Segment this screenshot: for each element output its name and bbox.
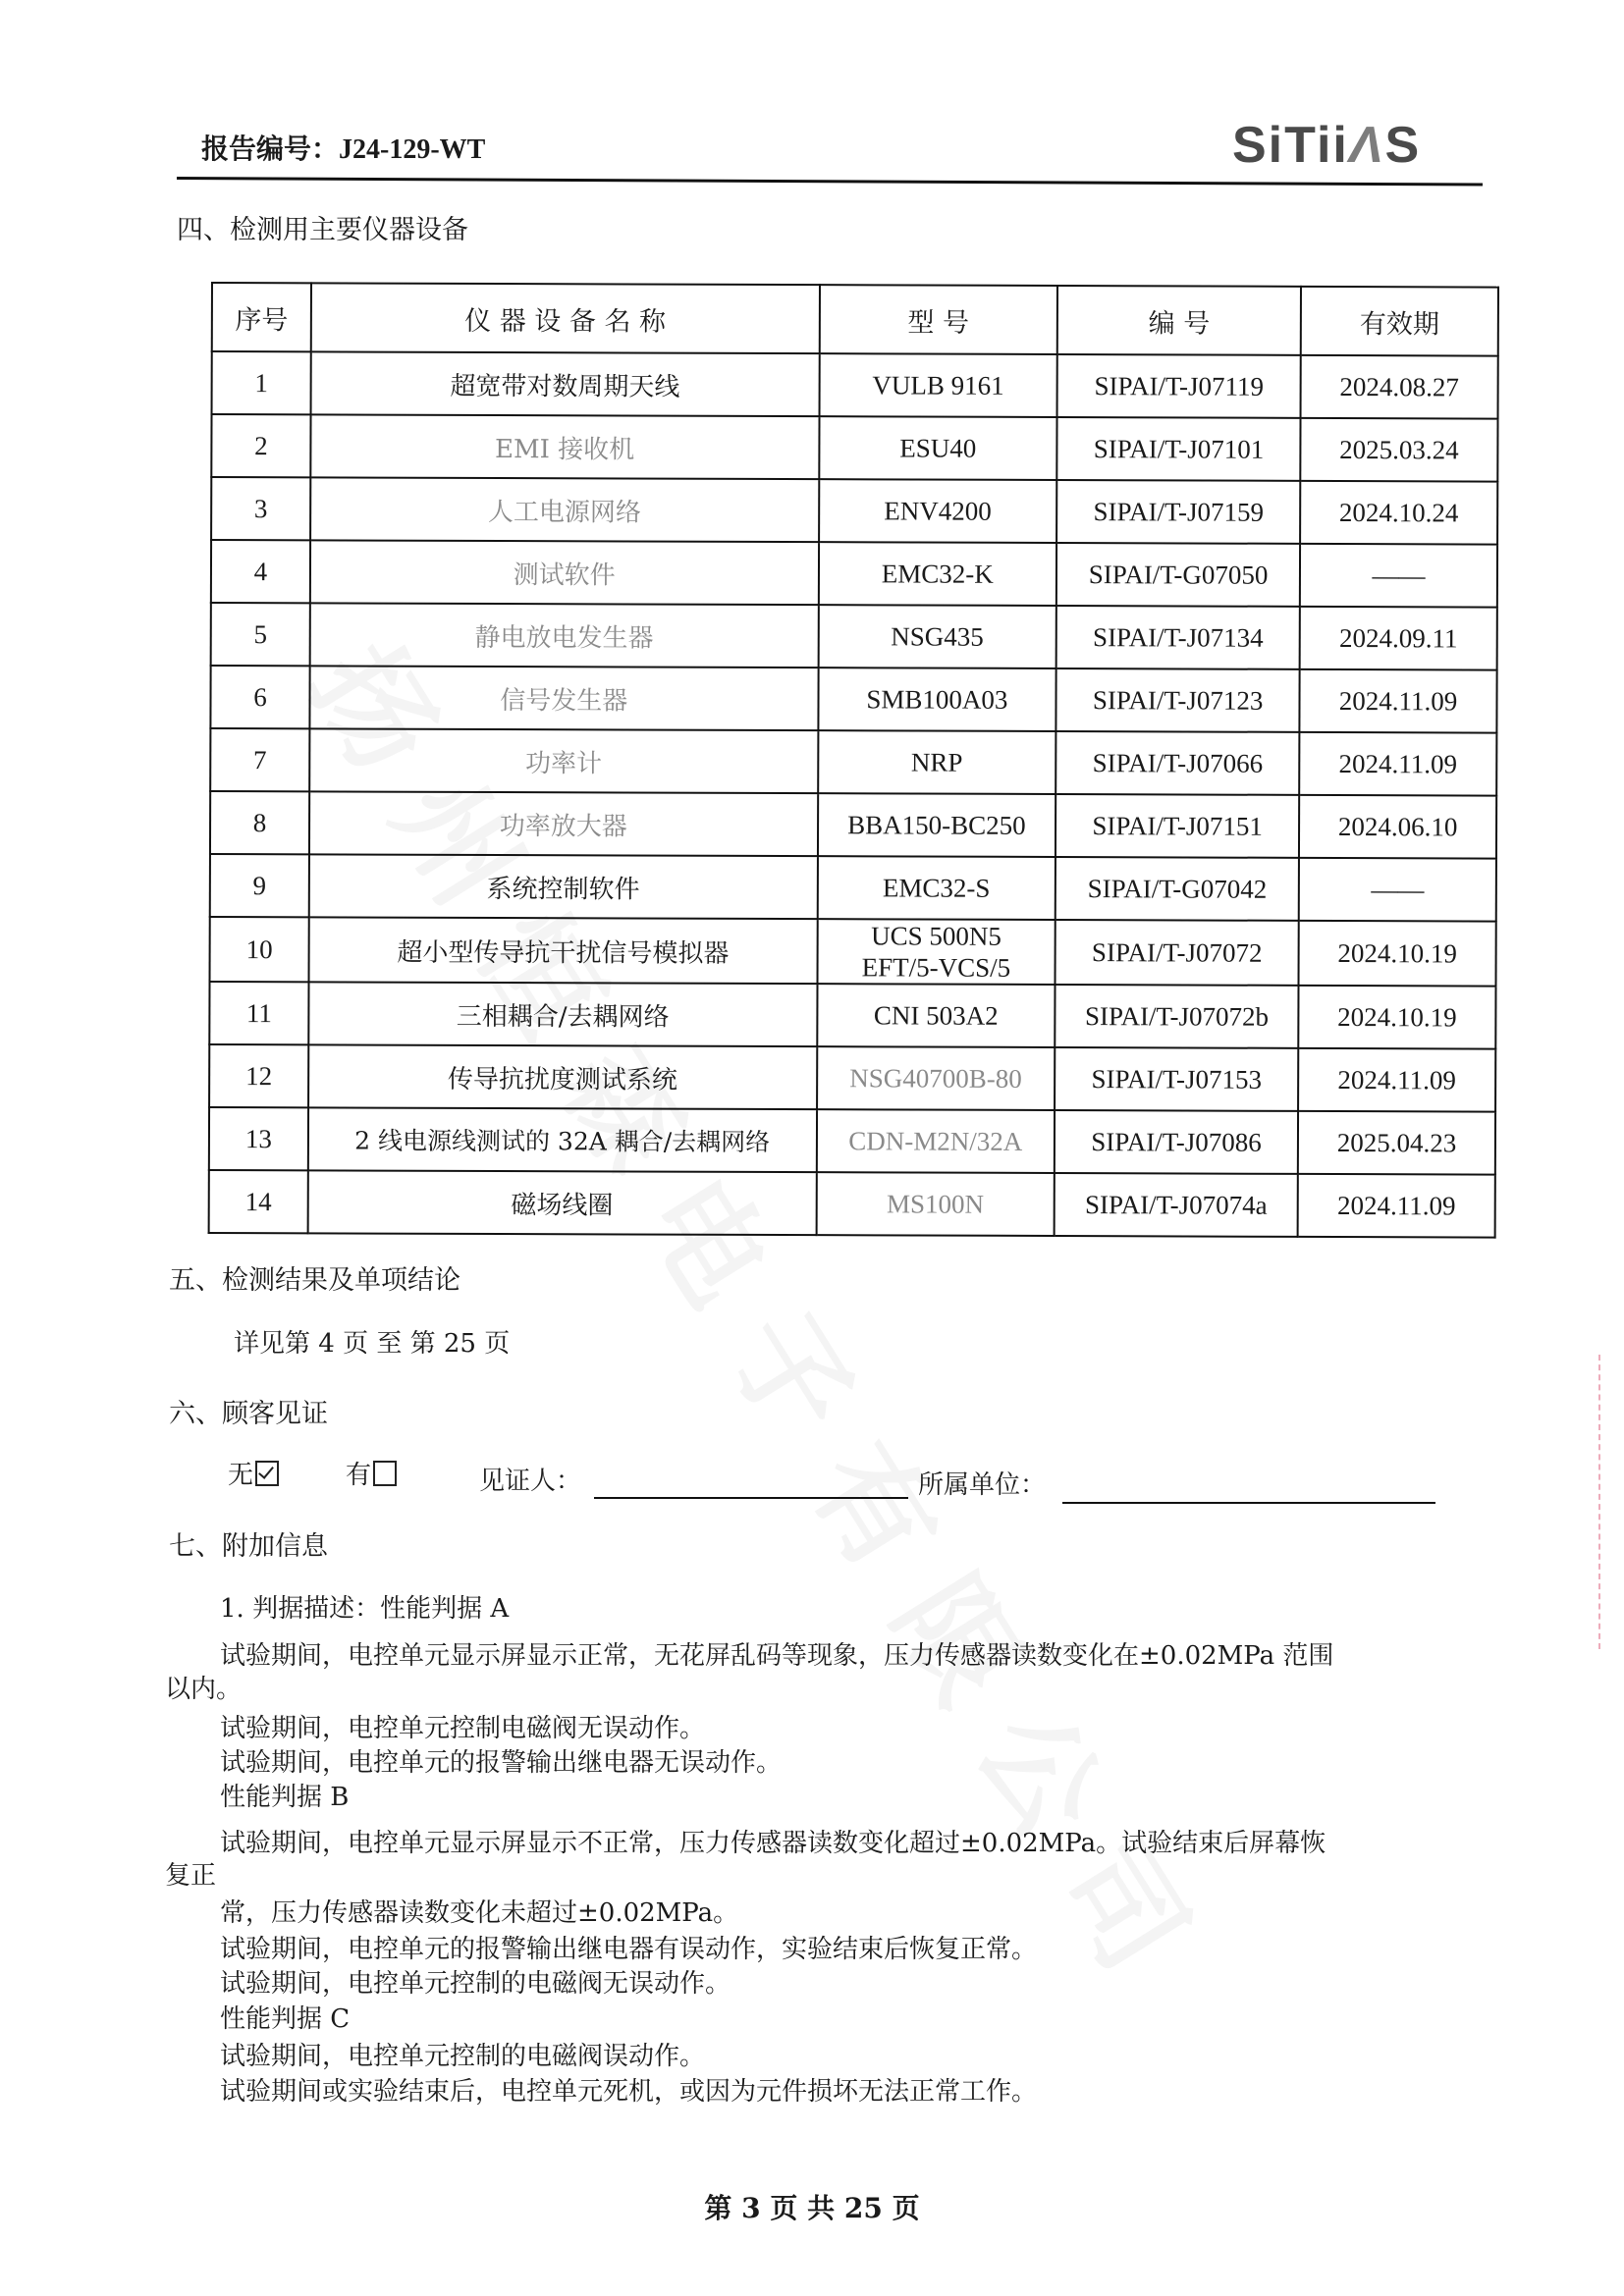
cell-model: ENV4200 [819, 479, 1057, 543]
cell-model: BBA150-BC250 [817, 793, 1056, 857]
cell-code: SIPAI/T-J07086 [1055, 1110, 1298, 1174]
cell-model: NSG435 [818, 605, 1056, 668]
cell-valid: 2024.11.09 [1298, 1048, 1495, 1112]
table-row: 4 测试软件 EMC32-K SIPAI/T-G07050 —— [211, 540, 1497, 608]
cell-code: SIPAI/T-J07151 [1056, 794, 1299, 858]
cell-name: 传导抗扰度测试系统 [308, 1044, 817, 1109]
cell-name: 功率计 [309, 728, 818, 793]
criteria-b-heading: 性能判据 B [220, 1777, 349, 1813]
cell-index: 5 [211, 603, 310, 666]
cell-valid: 2025.03.24 [1300, 418, 1497, 482]
cell-valid: —— [1300, 544, 1497, 608]
cell-name: 超小型传导抗干扰信号模拟器 [308, 917, 817, 984]
table-row: 3 人工电源网络 ENV4200 SIPAI/T-J07159 2024.10.… [211, 477, 1497, 545]
criteria-b-line: 常，压力传感器读数变化未超过±0.02MPa。 [220, 1893, 738, 1929]
cell-name: 三相耦合/去耦网络 [308, 982, 817, 1046]
cell-model: VULB 9161 [819, 353, 1057, 417]
cell-name: 信号发生器 [309, 666, 818, 730]
table-row: 8 功率放大器 BBA150-BC250 SIPAI/T-J07151 2024… [210, 791, 1496, 859]
cell-model: EMC32-S [817, 856, 1056, 920]
witness-name-label: 见证人： [479, 1461, 581, 1497]
table-row: 2 EMI 接收机 ESU40 SIPAI/T-J07101 2025.03.2… [211, 414, 1497, 482]
cell-valid: 2024.10.19 [1298, 986, 1495, 1049]
cell-valid: 2024.09.11 [1300, 607, 1497, 670]
cell-name: 超宽带对数周期天线 [311, 351, 820, 416]
cell-model-line2: EFT/5-VCS/5 [818, 951, 1055, 984]
cell-code: SIPAI/T-J07072b [1055, 985, 1298, 1048]
cell-valid: 2024.08.27 [1301, 355, 1498, 419]
cell-model: SMB100A03 [818, 667, 1056, 731]
table-row: 6 信号发生器 SMB100A03 SIPAI/T-J07123 2024.11… [210, 666, 1496, 733]
criteria-b-line: 试验期间，电控单元显示屏显示不正常，压力传感器读数变化超过±0.02MPa。试验… [220, 1823, 1326, 1859]
cell-valid: 2024.11.09 [1298, 1174, 1495, 1238]
criteria-b-line: 复正 [165, 1855, 216, 1892]
criteria-b-line: 试验期间，电控单元的报警输出继电器有误动作，实验结束后恢复正常。 [220, 1929, 1037, 1965]
cell-code: SIPAI/T-G07042 [1056, 857, 1299, 921]
table-row: 12 传导抗扰度测试系统 NSG40700B-80 SIPAI/T-J07153… [209, 1044, 1495, 1112]
cell-valid: 2024.11.09 [1299, 669, 1496, 733]
table-header-row: 序号 仪 器 设 备 名 称 型 号 编 号 有效期 [212, 283, 1498, 356]
cell-index: 1 [212, 351, 311, 414]
table-row: 11 三相耦合/去耦网络 CNI 503A2 SIPAI/T-J07072b 2… [209, 982, 1495, 1049]
header-code: 编 号 [1057, 286, 1301, 355]
company-logo: SiTiiΛS [1232, 116, 1421, 175]
table-row: 7 功率计 NRP SIPAI/T-J07066 2024.11.09 [210, 728, 1496, 796]
section-6-title: 六、顾客见证 [169, 1392, 328, 1430]
criteria-a-heading: 1. 判据描述：性能判据 A [220, 1588, 509, 1625]
section-5-title: 五、检测结果及单项结论 [169, 1258, 460, 1297]
cell-valid: 2024.10.19 [1299, 921, 1496, 987]
cell-code: SIPAI/T-J07066 [1056, 731, 1299, 795]
cell-code: SIPAI/T-J07153 [1055, 1047, 1298, 1111]
table-row: 1 超宽带对数周期天线 VULB 9161 SIPAI/T-J07119 202… [212, 351, 1498, 419]
criteria-c-heading: 性能判据 C [220, 1999, 350, 2035]
cell-index: 3 [211, 477, 310, 540]
criteria-c-line: 试验期间，电控单元控制的电磁阀误动作。 [220, 2036, 705, 2072]
cell-model: MS100N [816, 1172, 1055, 1236]
cell-model: ESU40 [819, 416, 1057, 480]
cell-model: NRP [818, 730, 1056, 794]
header-valid: 有效期 [1301, 287, 1498, 356]
table-row: 10 超小型传导抗干扰信号模拟器 UCS 500N5 EFT/5-VCS/5 S… [210, 917, 1496, 987]
cell-valid: —— [1299, 858, 1496, 922]
cell-name: 2 线电源线测试的 32A 耦合/去耦网络 [308, 1107, 817, 1172]
cell-index: 13 [209, 1107, 308, 1170]
criteria-a-line: 试验期间，电控单元显示屏显示正常，无花屏乱码等现象，压力传感器读数变化在±0.0… [220, 1635, 1333, 1672]
cell-index: 12 [209, 1044, 308, 1107]
cell-name: 测试软件 [310, 540, 819, 605]
table-row: 9 系统控制软件 EMC32-S SIPAI/T-G07042 —— [210, 854, 1496, 922]
page-number: 第 3 页 共 25 页 [0, 2187, 1624, 2226]
criteria-a-line: 试验期间，电控单元的报警输出继电器无误动作。 [220, 1742, 782, 1779]
cell-model: CNI 503A2 [817, 984, 1056, 1047]
cell-code: SIPAI/T-J07101 [1056, 417, 1300, 481]
cell-valid: 2024.11.09 [1299, 732, 1496, 796]
criteria-a-line: 试验期间，电控单元控制电磁阀无误动作。 [220, 1708, 705, 1744]
witness-unit-field[interactable] [1062, 1502, 1435, 1504]
report-number-label: 报告编号： [201, 133, 339, 165]
criteria-c-line: 试验期间或实验结束后，电控单元死机，或因为元件损坏无法正常工作。 [220, 2071, 1037, 2108]
cell-model: CDN-M2N/32A [816, 1109, 1055, 1173]
equipment-table: 序号 仪 器 设 备 名 称 型 号 编 号 有效期 1 超宽带对数周期天线 V… [208, 282, 1499, 1239]
table-row: 13 2 线电源线测试的 32A 耦合/去耦网络 CDN-M2N/32A SIP… [209, 1107, 1495, 1175]
criteria-b-line: 试验期间，电控单元控制的电磁阀无误动作。 [220, 1963, 731, 2000]
cell-name: 人工电源网络 [310, 477, 819, 542]
cell-code: SIPAI/T-J07159 [1056, 480, 1300, 544]
report-number-value: J24-129-WT [339, 134, 485, 165]
header-model: 型 号 [819, 285, 1057, 354]
cell-valid: 2024.06.10 [1299, 795, 1496, 859]
cell-model-line1: UCS 500N5 [818, 920, 1055, 952]
header-index: 序号 [212, 283, 311, 351]
cell-valid: 2025.04.23 [1298, 1111, 1495, 1175]
cell-code: SIPAI/T-J07123 [1056, 668, 1300, 732]
cell-code: SIPAI/T-J07119 [1057, 354, 1301, 418]
witness-none-option[interactable]: 无 [228, 1455, 279, 1491]
witness-none-label: 无 [228, 1461, 253, 1490]
witness-unit-label: 所属单位： [918, 1465, 1046, 1501]
table-row: 5 静电放电发生器 NSG435 SIPAI/T-J07134 2024.09.… [211, 603, 1497, 670]
criteria-a-line: 以内。 [165, 1669, 242, 1705]
cell-name: 系统控制软件 [309, 854, 818, 919]
cell-valid: 2024.10.24 [1300, 481, 1497, 545]
cell-index: 11 [209, 982, 308, 1044]
cell-model: NSG40700B-80 [817, 1046, 1056, 1110]
cell-code: SIPAI/T-J07072 [1056, 920, 1299, 986]
cell-index: 8 [210, 791, 309, 854]
witness-yes-checkbox[interactable] [373, 1461, 397, 1486]
cell-model: UCS 500N5 EFT/5-VCS/5 [817, 919, 1056, 985]
cell-code: SIPAI/T-J07074a [1055, 1173, 1298, 1237]
cell-name: EMI 接收机 [310, 414, 819, 479]
cell-index: 2 [211, 414, 310, 477]
cell-name: 静电放电发生器 [310, 603, 819, 667]
cell-index: 10 [210, 917, 309, 982]
cell-code: SIPAI/T-G07050 [1056, 543, 1300, 607]
witness-none-checkbox[interactable] [255, 1461, 279, 1486]
cell-name: 磁场线圈 [308, 1170, 817, 1235]
witness-name-field[interactable] [594, 1497, 908, 1499]
cell-code: SIPAI/T-J07134 [1056, 606, 1300, 669]
witness-yes-label: 有 [346, 1461, 371, 1490]
seal-stamp-edge [1598, 1355, 1606, 1649]
results-reference: 详见第 4 页 至 第 25 页 [234, 1323, 510, 1360]
table-row: 14 磁场线圈 MS100N SIPAI/T-J07074a 2024.11.0… [209, 1170, 1495, 1238]
section-7-title: 七、附加信息 [169, 1524, 328, 1563]
cell-index: 6 [210, 666, 309, 728]
witness-yes-option[interactable]: 有 [346, 1455, 397, 1491]
report-number: 报告编号：J24-129-WT [201, 128, 485, 167]
cell-name: 功率放大器 [309, 791, 818, 856]
section-4-title: 四、检测用主要仪器设备 [177, 208, 468, 246]
cell-index: 14 [209, 1170, 308, 1233]
cell-index: 9 [210, 854, 309, 917]
cell-model: EMC32-K [818, 542, 1056, 606]
header-name: 仪 器 设 备 名 称 [311, 283, 820, 353]
cell-index: 7 [210, 728, 309, 791]
header-divider [177, 177, 1483, 186]
cell-index: 4 [211, 540, 310, 603]
